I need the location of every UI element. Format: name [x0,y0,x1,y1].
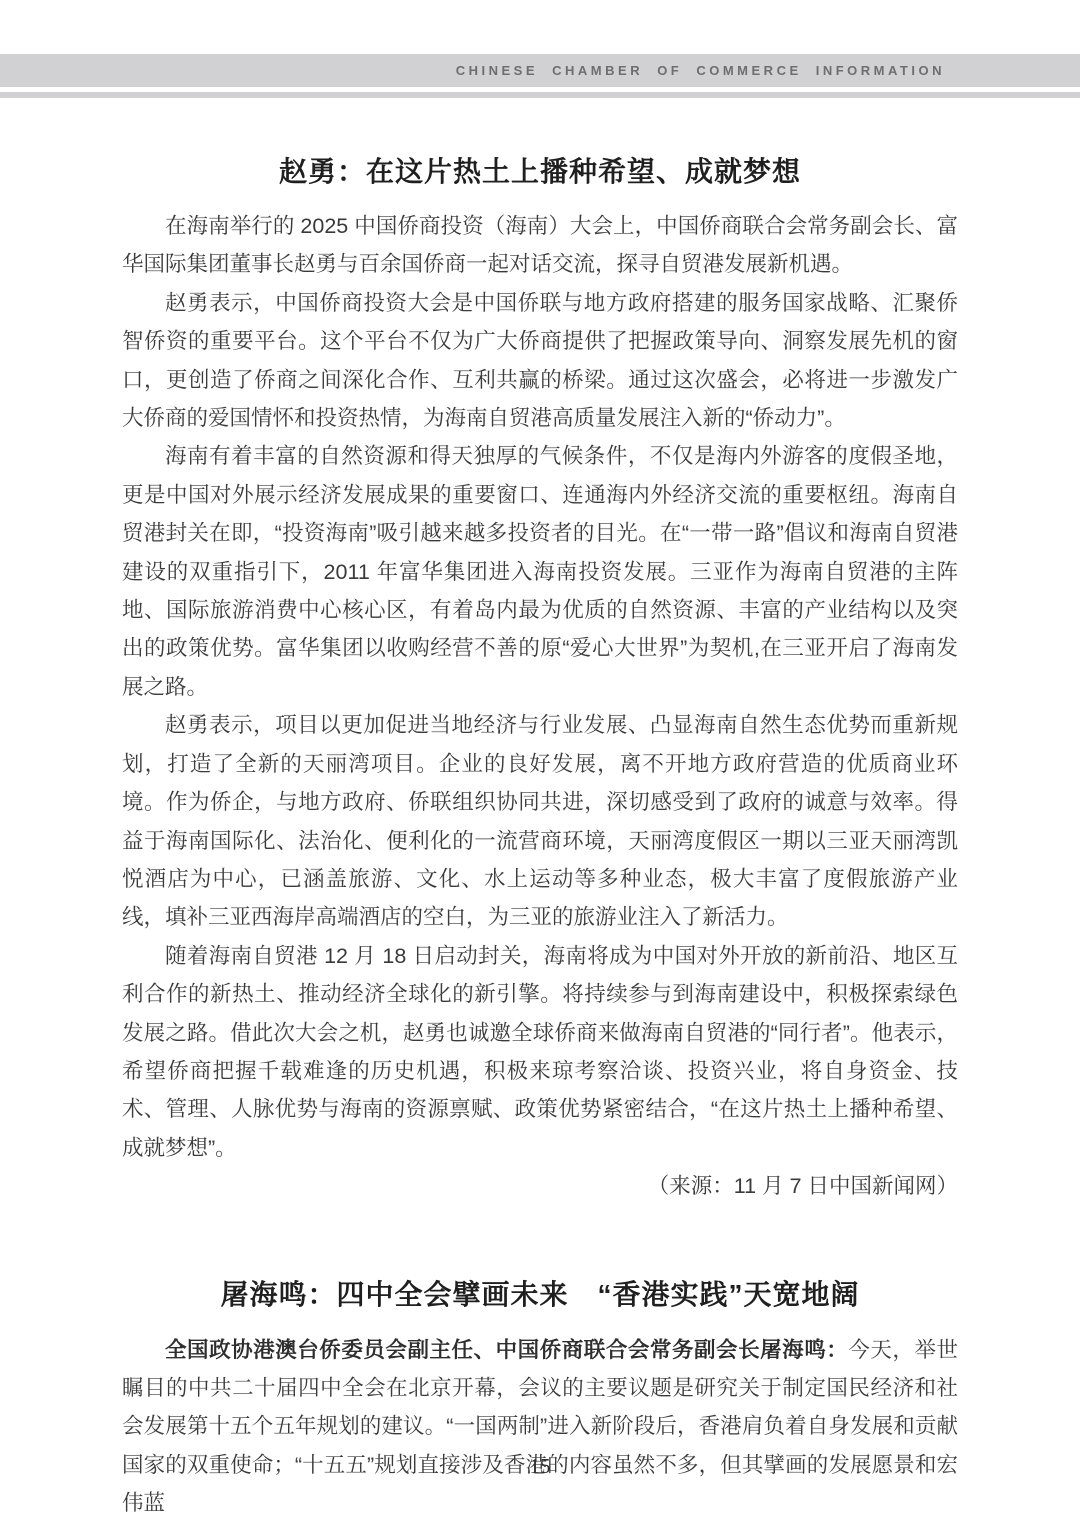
article-1-paragraph-1: 在海南举行的 2025 中国侨商投资（海南）大会上，中国侨商联合会常务副会长、富… [122,207,958,284]
article-2-paragraph-1: 全国政协港澳台侨委员会副主任、中国侨商联合会常务副会长屠海鸣：今天，举世瞩目的中… [122,1331,958,1523]
page-number: 15 [0,1454,1080,1479]
article-1-paragraph-2: 赵勇表示，中国侨商投资大会是中国侨联与地方政府搭建的服务国家战略、汇聚侨智侨资的… [122,284,958,438]
article-2-title: 屠海鸣：四中全会擘画未来 “香港实践”天宽地阔 [122,1275,958,1315]
article-1-paragraph-5: 随着海南自贸港 12 月 18 日启动封关，海南将成为中国对外开放的新前沿、地区… [122,937,958,1167]
header-banner: CHINESE CHAMBER OF COMMERCE INFORMATION [0,54,1080,87]
article-1-paragraph-4: 赵勇表示，项目以更加促进当地经济与行业发展、凸显海南自然生态优势而重新规划，打造… [122,706,958,936]
article-2-paragraph-1-text: 今天，举世瞩目的中共二十届四中全会在北京开幕，会议的主要议题是研究关于制定国民经… [122,1338,958,1516]
article-1-title: 赵勇：在这片热土上播种希望、成就梦想 [122,152,958,192]
article-2-lead-bold: 全国政协港澳台侨委员会副主任、中国侨商联合会常务副会长屠海鸣： [165,1338,848,1362]
article-1-paragraph-3: 海南有着丰富的自然资源和得天独厚的气候条件，不仅是海内外游客的度假圣地，更是中国… [122,437,958,706]
article-1-source-line: （来源：11 月 7 日中国新闻网） [122,1167,958,1205]
header-banner-text: CHINESE CHAMBER OF COMMERCE INFORMATION [456,63,945,78]
page-header: CHINESE CHAMBER OF COMMERCE INFORMATION [0,54,1080,98]
page-content: 赵勇：在这片热土上播种希望、成就梦想 在海南举行的 2025 中国侨商投资（海南… [122,152,958,1523]
header-rule [0,92,1080,98]
